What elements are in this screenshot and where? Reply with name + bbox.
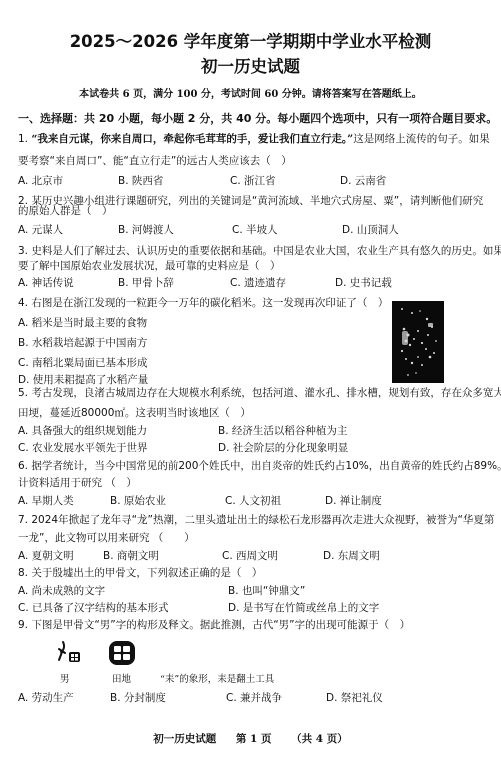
question-6-stem-line1: 6. 据学者统计，当今中国常见的前200个姓氏中，出自炎帝的姓氏约占10%，出自… (18, 458, 501, 473)
question-7-option-a: A. 夏朝文明 (18, 548, 74, 563)
footer-page-number: 第 1 页 (236, 733, 272, 745)
question-2-option-a: A. 元谋人 (18, 222, 63, 237)
question-5-option-d: D. 社会阶层的分化现象明显 (218, 440, 348, 455)
question-5-stem-line2: 田埂，蔓延近80000㎡。这表明当时该地区（ ） (18, 405, 251, 420)
question-2-option-d: D. 山顶洞人 (342, 222, 399, 237)
question-7-stem-line1: 7. 2024年掀起了龙年寻“龙”热潮，二里头遗址出土的绿松石龙形器再次走进大众… (18, 512, 494, 527)
question-8-option-b: B. 也叫“钟鼎文” (228, 583, 305, 598)
question-7-stem-line2: 一龙”，此文物可以用来研究 （ ） (18, 530, 195, 545)
exam-subtitle: 初一历史试题 (0, 53, 501, 77)
footer-subject: 初一历史试题 (153, 733, 216, 745)
question-3-stem-line1: 3. 史料是人们了解过去、认识历史的重要依据和基础。中国是农业大国，农业生产具有… (18, 243, 501, 258)
section-heading: 一、选择题：共 20 小题，每小题 2 分，共 40 分。每小题四个选项中，只有… (18, 110, 497, 126)
question-1-number: 1. (18, 133, 28, 145)
question-5-option-c: C. 农业发展水平领先于世界 (18, 440, 148, 455)
question-4-option-a: A. 稻米是当时最主要的食物 (18, 315, 147, 330)
figure-caption-nan: 男 (60, 671, 70, 685)
oracle-nan-glyph-icon (55, 640, 83, 666)
question-3-option-b: B. 甲骨卜辞 (118, 275, 174, 290)
question-4-option-b: B. 水稻栽培起源于中国南方 (18, 335, 147, 350)
question-8-stem-line1: 8. 关于殷墟出土的甲骨文，下列叙述正确的是（ ） (18, 565, 262, 580)
question-5-option-b: B. 经济生活以稻谷种植为主 (218, 423, 347, 438)
question-2-option-b: B. 河姆渡人 (118, 222, 174, 237)
carbonized-rice-image (392, 301, 444, 383)
question-3-stem-line2: 要了解中国原始农业发展状况，最可靠的史料应是（ ） (18, 258, 281, 273)
question-1-stem-line2: 要考察“来自周口”、能“直立行走”的远古人类应该去（ ） (18, 153, 292, 168)
question-9-option-c: C. 兼并战争 (226, 690, 282, 705)
question-9-stem-line1: 9. 下图是甲骨文“男”字的构形及释文。据此推测，古代“男”字的出现可能源于（ … (18, 617, 410, 632)
question-9-option-a: A. 劳动生产 (18, 690, 74, 705)
figure-caption-lei: “耒”的象形，耒是翻土工具 (160, 671, 274, 685)
question-8-option-a: A. 尚未成熟的文字 (18, 583, 105, 598)
question-7-option-c: C. 西周文明 (222, 548, 278, 563)
question-1-option-c: C. 浙江省 (230, 173, 276, 188)
question-2-option-c: C. 半坡人 (232, 222, 278, 237)
page-footer: 初一历史试题 第 1 页 （共 4 页） (0, 731, 501, 746)
question-8-option-c: C. 已具备了汉字结构的基本形式 (18, 600, 169, 615)
rice-grain-icon (392, 301, 444, 383)
question-6-option-a: A. 早期人类 (18, 493, 74, 508)
question-6-option-d: D. 禅让制度 (325, 493, 382, 508)
question-3-option-d: D. 史书记载 (335, 275, 392, 290)
figure-caption-tiandi: 田地 (112, 671, 131, 685)
exam-title: 2025～2026 学年度第一学期期中学业水平检测 (0, 28, 501, 52)
question-7-option-b: B. 商朝文明 (103, 548, 159, 563)
question-6-option-b: B. 原始农业 (110, 493, 166, 508)
question-2-stem-line2: 的原始人群是（ ） (18, 203, 113, 218)
question-8-option-d: D. 是书写在竹简或丝帛上的文字 (228, 600, 379, 615)
question-1-stem-rest: 这是网络上流传的句子。如果 (353, 133, 490, 145)
question-7-option-d: D. 东周文明 (323, 548, 380, 563)
question-6-stem-line2: 计资料适用于研究 （ ） (18, 475, 137, 490)
question-1-option-b: B. 陕西省 (118, 173, 163, 188)
question-9-option-b: B. 分封制度 (110, 690, 166, 705)
footer-total-pages: （共 4 页） (291, 733, 348, 745)
exam-notice: 本试卷共 6 页，满分 100 分，考试时间 60 分钟。请将答案写在答题纸上。 (0, 85, 501, 100)
oracle-tian-glyph-icon (108, 640, 136, 666)
question-3-option-c: C. 遗迹遗存 (230, 275, 286, 290)
question-4-stem-line1: 4. 右图是在浙江发现的一粒距今一万年的碳化稻米。这一发现再次印证了（ ） (18, 295, 388, 310)
question-1-quote: “我来自元谋，你来自周口，牵起你毛茸茸的手，爱让我们直立行走。” (31, 133, 353, 145)
question-1-option-a: A. 北京市 (18, 173, 63, 188)
question-5-stem-line1: 5. 考古发现，良渚古城周边存在大规模水利系统，包括河道、灌水孔、排水槽，规划有… (18, 385, 501, 400)
question-3-option-a: A. 神话传说 (18, 275, 74, 290)
question-1-option-d: D. 云南省 (340, 173, 386, 188)
question-4-option-c: C. 南稻北粟局面已基本形成 (18, 355, 148, 370)
question-1-stem-line1: 1. “我来自元谋，你来自周口，牵起你毛茸茸的手，爱让我们直立行走。”这是网络上… (18, 131, 490, 146)
question-9-option-d: D. 祭祀礼仪 (326, 690, 383, 705)
question-6-option-c: C. 人文初祖 (225, 493, 281, 508)
question-5-option-a: A. 具备强大的组织规划能力 (18, 423, 147, 438)
